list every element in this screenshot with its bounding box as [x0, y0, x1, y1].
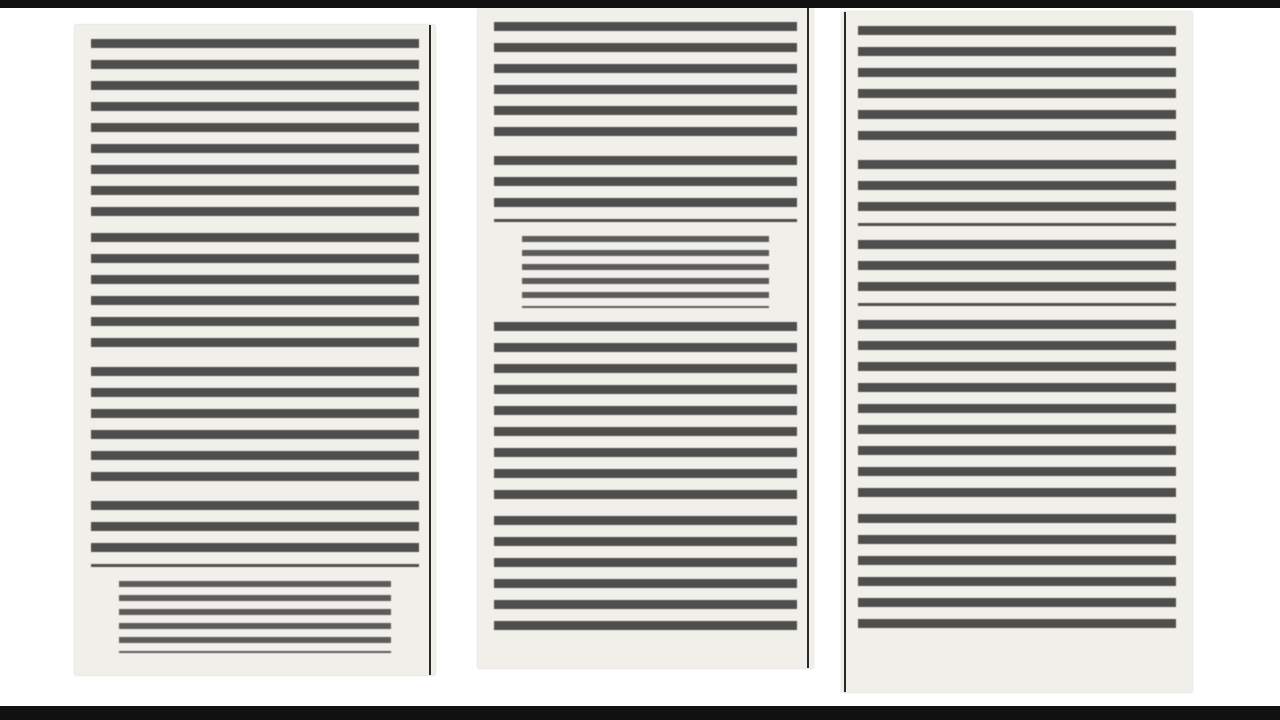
simulated-print	[858, 26, 1176, 634]
illegible-paragraph	[494, 322, 797, 502]
illegible-paragraph	[858, 514, 1176, 634]
letterbox-top	[0, 0, 1280, 8]
illegible-paragraph	[858, 26, 1176, 146]
illegible-paragraph	[91, 501, 419, 567]
newspaper-column-3	[842, 12, 1192, 692]
illegible-paragraph	[858, 240, 1176, 306]
illegible-paragraph	[91, 233, 419, 353]
column-rule	[844, 12, 846, 692]
illegible-paragraph	[494, 516, 797, 636]
simulated-print	[91, 39, 419, 653]
letterbox-bottom	[0, 706, 1280, 720]
illegible-paragraph	[494, 156, 797, 222]
illegible-table	[119, 581, 391, 653]
newspaper-column-2	[478, 8, 813, 668]
illegible-paragraph	[858, 160, 1176, 226]
simulated-print	[494, 22, 797, 636]
illegible-paragraph	[494, 22, 797, 142]
illegible-table	[522, 236, 769, 308]
illegible-paragraph	[91, 39, 419, 219]
illegible-paragraph	[858, 320, 1176, 500]
newspaper-column-1	[75, 25, 435, 675]
column-rule	[429, 25, 431, 675]
column-rule	[807, 8, 809, 668]
illegible-paragraph	[91, 367, 419, 487]
